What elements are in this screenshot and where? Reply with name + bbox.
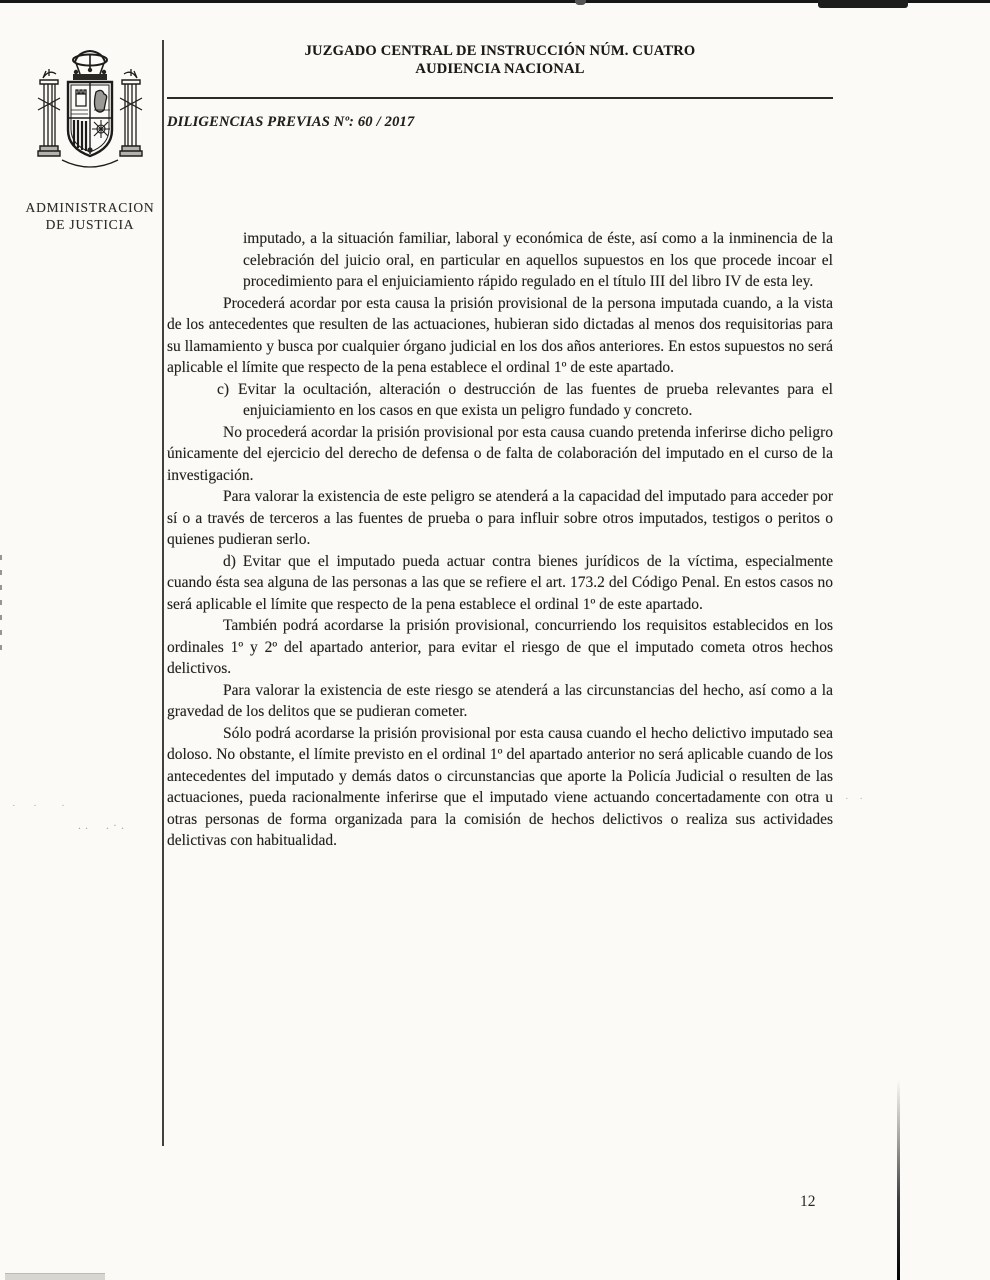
paragraph: Para valorar la existencia de este pelig… [167, 486, 833, 551]
case-reference: DILIGENCIAS PREVIAS Nº: 60 / 2017 [167, 114, 833, 131]
margin-separator-rule [162, 40, 164, 1146]
scan-artifact-dots: .. .·. [78, 818, 128, 833]
document-content: JUZGADO CENTRAL DE INSTRUCCIÓN NÚM. CUAT… [167, 0, 833, 852]
paragraph: También podrá acordarse la prisión provi… [167, 615, 833, 680]
administration-of-justice-label: ADMINISTRACION DE JUSTICIA [20, 199, 160, 233]
scan-artifact-dots: · · · [12, 800, 69, 812]
scan-artifact-bottom-left-box [5, 1273, 105, 1280]
header-rule [167, 97, 833, 99]
list-item-c: c)Evitar la ocultación, alteración o des… [167, 379, 833, 422]
spain-coat-of-arms-icon [28, 50, 152, 188]
list-item-text: Evitar que el imputado pueda actuar cont… [167, 553, 833, 613]
list-item-text: Evitar la ocultación, alteración o destr… [238, 381, 833, 420]
scan-artifact-dots: · · [845, 793, 867, 805]
document-body: imputado, a la situación familiar, labor… [167, 228, 833, 852]
list-item-d: d)Evitar que el imputado pueda actuar co… [167, 551, 833, 616]
page-number: 12 [800, 1193, 816, 1211]
court-name-line1: JUZGADO CENTRAL DE INSTRUCCIÓN NÚM. CUAT… [167, 42, 833, 60]
court-header: JUZGADO CENTRAL DE INSTRUCCIÓN NÚM. CUAT… [167, 42, 833, 78]
paragraph: Para valorar la existencia de este riesg… [167, 680, 833, 723]
court-name-line2: AUDIENCIA NACIONAL [167, 60, 833, 78]
admin-label-line2: DE JUSTICIA [20, 216, 160, 233]
list-item-marker: d) [223, 553, 236, 570]
scanned-court-document-page: { "page": { "background": "#fbfaf7", "pa… [0, 0, 990, 1280]
scan-artifact-left-edge-dashes [0, 555, 2, 650]
paragraph: Sólo podrá acordarse la prisión provisio… [167, 723, 833, 852]
scan-artifact-right-edge-line [897, 1080, 900, 1280]
list-item-marker: c) [217, 381, 229, 398]
paragraph: No procederá acordar la prisión provisio… [167, 422, 833, 487]
paragraph-continuation: imputado, a la situación familiar, labor… [167, 228, 833, 293]
paragraph: Procederá acordar por esta causa la pris… [167, 293, 833, 379]
document-left-margin: ADMINISTRACION DE JUSTICIA [20, 50, 160, 233]
admin-label-line1: ADMINISTRACION [20, 199, 160, 216]
